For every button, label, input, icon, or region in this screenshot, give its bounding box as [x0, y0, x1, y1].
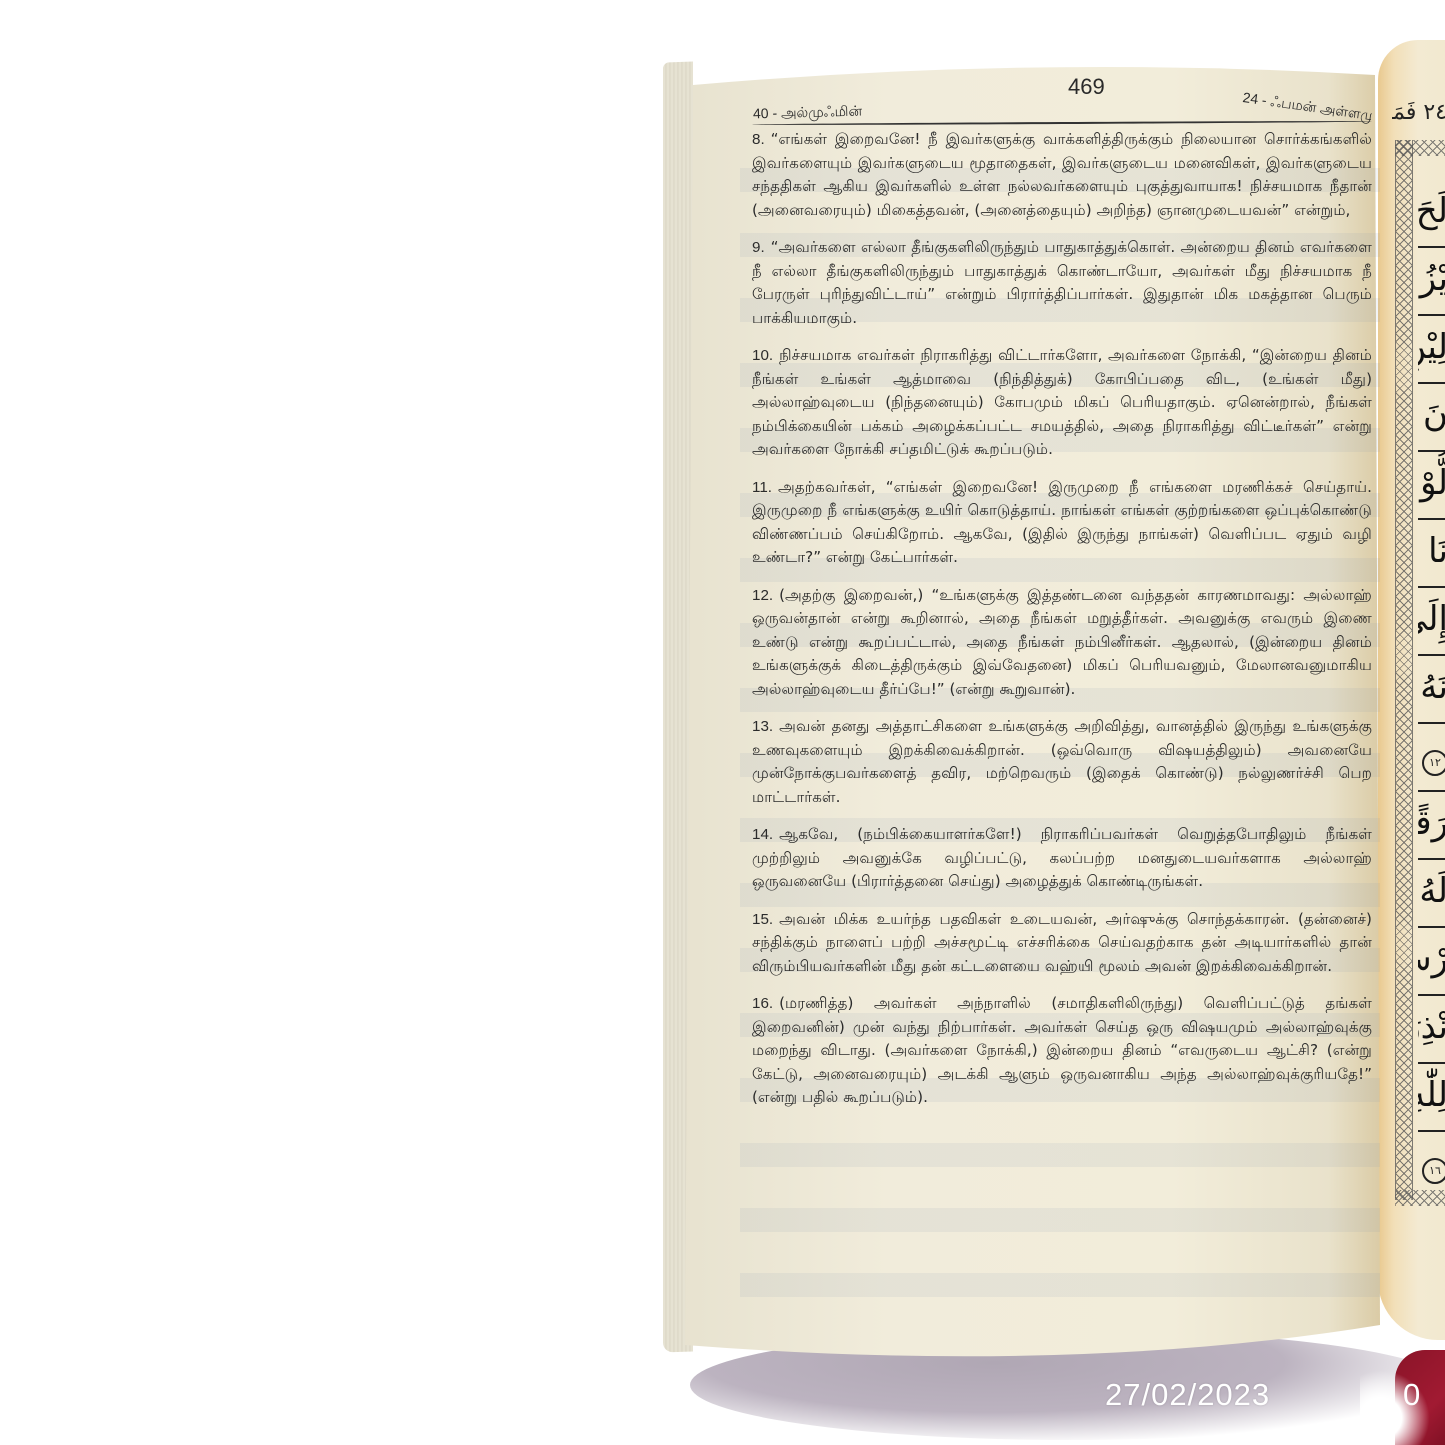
- arabic-line: إِلَى: [1418, 588, 1445, 656]
- date-stamp: 27/02/2023: [1105, 1377, 1270, 1413]
- verse-text: அவன் தனது அத்தாட்சிகளை உங்களுக்கு அறிவித…: [752, 717, 1372, 806]
- photo-scene: 469 40 - அல்முஃமின் 24 - ஃபமன் அள்ளமு 8.…: [0, 0, 1445, 1445]
- verse-9: 9.“அவர்களை எல்லா தீங்குகளிலிருந்தும் பாத…: [752, 236, 1372, 330]
- date-stamp-trailing: 0: [1403, 1377, 1420, 1413]
- arabic-line: لَهُ: [1418, 860, 1445, 928]
- verse-15: 15.அவன் மிக்க உயர்ந்த பதவிகள் உடையவன், அ…: [752, 908, 1372, 979]
- arabic-line: ١٦: [1418, 1132, 1445, 1198]
- verse-text: அவன் மிக்க உயர்ந்த பதவிகள் உடையவன், அர்ஷ…: [752, 910, 1372, 975]
- arabic-line: لُّوْا: [1418, 452, 1445, 520]
- verse-11: 11.அதற்கவர்கள், “எங்கள் இறைவனே! இருமுறை …: [752, 476, 1372, 570]
- verse-16: 16.(மரணித்த) அவர்கள் அந்நாளில் (சமாதிகளி…: [752, 992, 1372, 1110]
- verse-text: அதற்கவர்கள், “எங்கள் இறைவனே! இருமுறை நீ …: [752, 478, 1372, 567]
- arabic-line: لَحَ: [1418, 180, 1445, 248]
- arabic-line: يْزُ: [1418, 248, 1445, 316]
- page-number: 469: [1068, 74, 1105, 100]
- arabic-line: نَهُ: [1418, 656, 1445, 724]
- knot-border-side: [1395, 140, 1413, 1200]
- verse-number: 14.: [752, 826, 773, 843]
- arabic-line: لِلّٰهِ: [1418, 1064, 1445, 1132]
- arabic-line: لِيْنِ: [1418, 316, 1445, 384]
- verse-12: 12.(அதற்கு இறைவன்,) “உங்களுக்கு இத்தண்டன…: [752, 584, 1372, 702]
- verse-10: 10.நிச்சயமாக எவர்கள் நிராகரித்து விட்டார…: [752, 344, 1372, 462]
- verse-number: 13.: [752, 718, 773, 735]
- verse-text: “அவர்களை எல்லா தீங்குகளிலிருந்தும் பாதுக…: [752, 238, 1372, 327]
- verse-number: 10.: [752, 347, 773, 364]
- verse-number: 16.: [752, 995, 773, 1012]
- arabic-text-column: لَحَ يْزُ لِيْنِ نَ لُّوْا ُنَا إِلَى نَ…: [1418, 180, 1445, 1198]
- arabic-line: نْذِرَ: [1418, 996, 1445, 1064]
- verse-text: ஆகவே, (நம்பிக்கையாளர்களே!) நிராகரிப்பவர்…: [752, 825, 1372, 890]
- verse-number: 8.: [752, 131, 765, 148]
- verse-text: (மரணித்த) அவர்கள் அந்நாளில் (சமாதிகளிலிர…: [752, 994, 1372, 1106]
- verse-number: 9.: [752, 239, 765, 256]
- verse-13: 13.அவன் தனது அத்தாட்சிகளை உங்களுக்கு அறி…: [752, 715, 1372, 809]
- arabic-line: ١٢: [1418, 724, 1445, 792]
- arabic-line: رْشِ: [1418, 928, 1445, 996]
- verse-14: 14.ஆகவே, (நம்பிக்கையாளர்களே!) நிராகரிப்ப…: [752, 823, 1372, 894]
- verse-text: “எங்கள் இறைவனே! நீ இவர்களுக்கு வாக்களித்…: [752, 130, 1372, 219]
- chapter-header-left: 40 - அல்முஃமின்: [753, 103, 863, 125]
- arabic-page-header: ٢٤ ﻓَﻤَﻦۡ أَﻇۡﻠَﻢُ: [1392, 100, 1445, 125]
- arabic-line: ُنَا: [1418, 520, 1445, 588]
- verse-8: 8.“எங்கள் இறைவனே! நீ இவர்களுக்கு வாக்களி…: [752, 128, 1372, 222]
- ayah-marker-icon: ١٦: [1422, 1158, 1445, 1184]
- translation-text: 8.“எங்கள் இறைவனே! நீ இவர்களுக்கு வாக்களி…: [752, 128, 1372, 1124]
- verse-text: (அதற்கு இறைவன்,) “உங்களுக்கு இத்தண்டனை வ…: [752, 586, 1372, 698]
- arabic-line: رَقًا: [1418, 792, 1445, 860]
- arabic-line: نَ: [1418, 384, 1445, 452]
- verse-number: 12.: [752, 587, 773, 604]
- verse-text: நிச்சயமாக எவர்கள் நிராகரித்து விட்டார்கள…: [752, 346, 1372, 458]
- ayah-marker-icon: ١٢: [1422, 750, 1445, 776]
- verse-number: 15.: [752, 911, 773, 928]
- verse-number: 11.: [752, 479, 772, 496]
